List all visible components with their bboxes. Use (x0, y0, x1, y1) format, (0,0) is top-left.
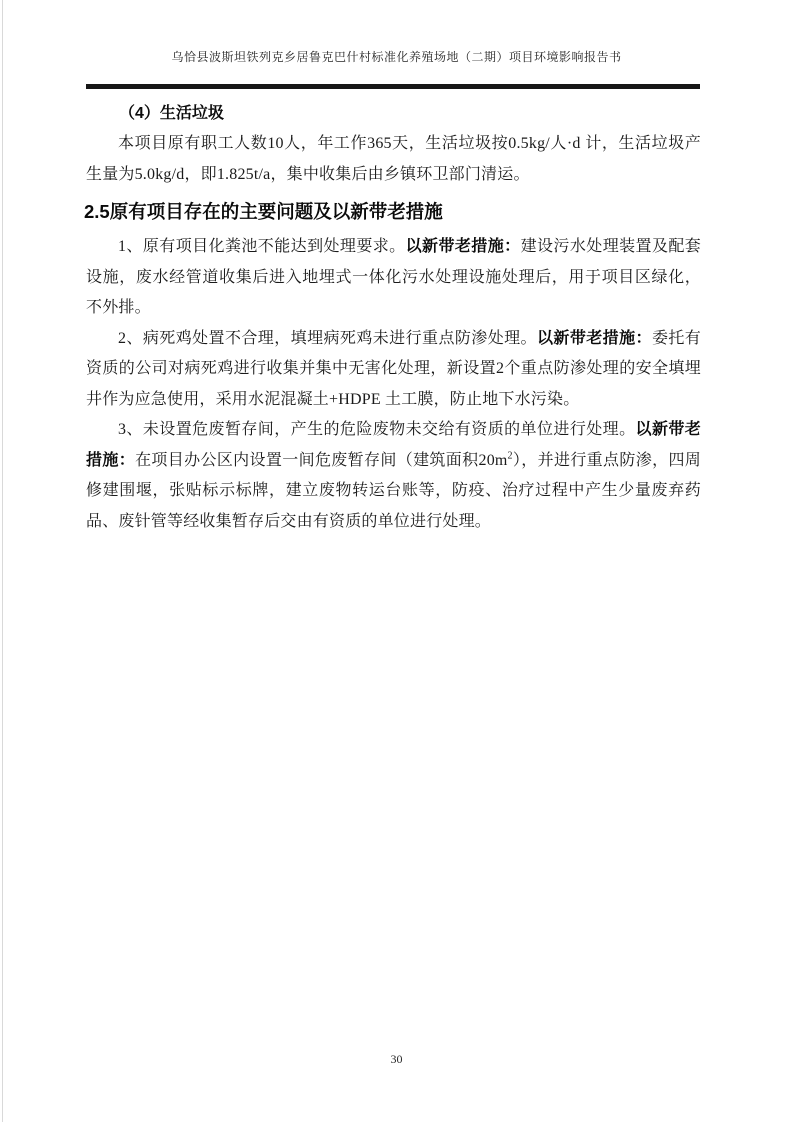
intro-paragraph: 本项目原有职工人数10人，年工作365天，生活垃圾按0.5kg/人·d 计，生活… (86, 129, 701, 190)
problem-paragraph-3: 3、未设置危废暂存间，产生的危险废物未交给有资质的单位进行处理。以新带老措施：在… (86, 415, 701, 537)
document-body: （4）生活垃圾 本项目原有职工人数10人，年工作365天，生活垃圾按0.5kg/… (86, 99, 701, 537)
subsection-heading-domestic-waste: （4）生活垃圾 (86, 99, 701, 129)
page-scan-edge-line (2, 0, 3, 1122)
problem-paragraph-2: 2、病死鸡处置不合理，填埋病死鸡未进行重点防渗处理。以新带老措施：委托有资质的公… (86, 324, 701, 416)
section-heading-2-5: 2.5原有项目存在的主要问题及以新带老措施 (84, 196, 701, 227)
document-page: 乌恰县波斯坦铁列克乡居鲁克巴什村标准化养殖场地（二期）项目环境影响报告书 （4）… (0, 0, 793, 1122)
page-header: 乌恰县波斯坦铁列克乡居鲁克巴什村标准化养殖场地（二期）项目环境影响报告书 (0, 0, 793, 89)
page-footer: 30 (0, 1052, 793, 1067)
header-title: 乌恰县波斯坦铁列克乡居鲁克巴什村标准化养殖场地（二期）项目环境影响报告书 (0, 0, 793, 65)
problem-paragraph-1: 1、原有项目化粪池不能达到处理要求。以新带老措施：建设污水处理装置及配套设施，废… (86, 232, 701, 324)
header-double-rule (86, 84, 700, 89)
page-number: 30 (391, 1052, 403, 1066)
